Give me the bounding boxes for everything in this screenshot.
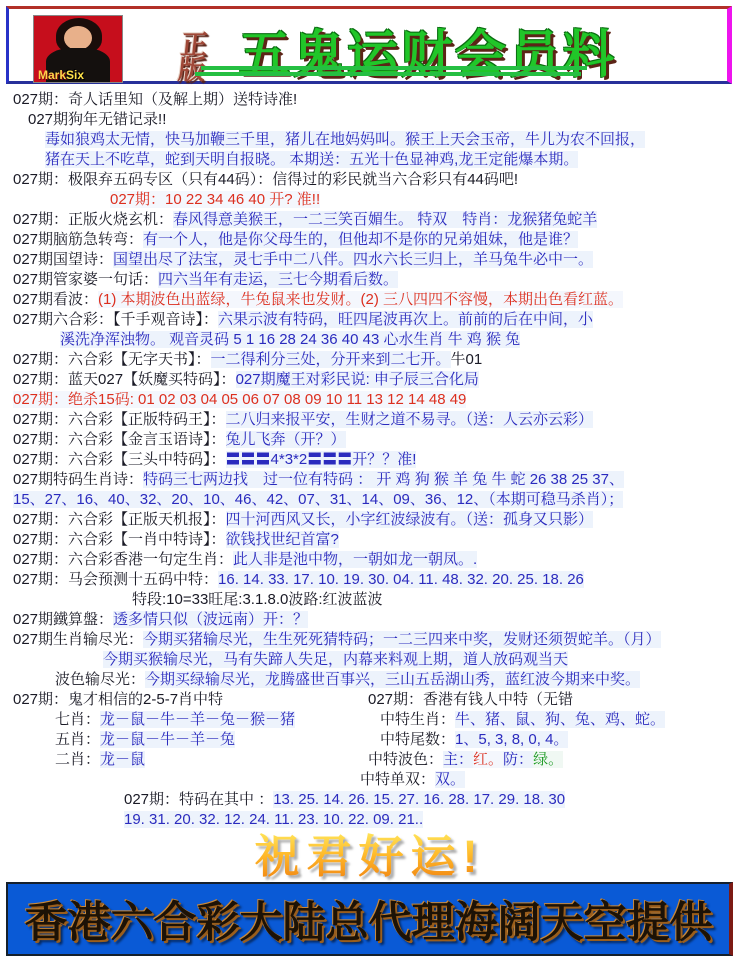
text-line: 027期鐵算盤：透多情只似（波远南）开：？ (0, 610, 739, 630)
text-segment: 027期看波： (13, 291, 98, 308)
text-segment: 中特尾数： (380, 731, 455, 748)
photo-face-shape (64, 26, 92, 50)
text-line: 波色输尽光：今期买绿输尽光，龙腾盛世百事兴，三山五岳湖山秀，蓝红波今期来中奖。 (0, 670, 739, 690)
text-segment: 波色输尽光： (55, 671, 145, 688)
text-segment: 027期特码生肖诗： (13, 471, 143, 488)
right-column-segment: 027期：香港有钱人中特（无错 (368, 690, 573, 710)
text-segment: 027期：鬼才相信的2-5-7肖中特 (13, 691, 223, 708)
text-segment: 春风得意美猴王，一二三笑百媚生。 特双 特肖：龙猴猪兔蛇羊 (173, 211, 597, 228)
title-underline-bottom (195, 72, 581, 76)
provider-banner-text: 香港六合彩大陆总代理海阔天空提供 (25, 889, 713, 950)
text-segment: 龙－鼠－牛－羊－兔－猴－猪 (100, 711, 295, 728)
right-column-segment: 中特尾数：1、5, 3, 8, 0, 4。 (380, 730, 568, 750)
text-line: 027期特码生肖诗：特码三七两边找 过一位有特码 ： 开 鸡 狗 猴 羊 兔 牛… (0, 470, 739, 490)
title-underline-top (201, 66, 587, 70)
text-segment: 国望出尽了法宝，灵七手中二八伴。四水六长三归上，羊马兔牛必中一。 (113, 251, 593, 268)
text-line: 027期管家婆一句话：四六当年有走运，三七今期看后数。 (0, 270, 739, 290)
text-segment: 027期管家婆一句话： (13, 271, 158, 288)
text-line: 中特单双：双。 (0, 770, 739, 790)
text-segment: 027期：马会预测十五码中特： (13, 571, 218, 588)
text-segment: 七肖： (55, 711, 100, 728)
text-line: 027期：正版火烧玄机：春风得意美猴王，一二三笑百媚生。 特双 特肖：龙猴猪兔蛇… (0, 210, 739, 230)
text-line: 今期买猴输尽光，马有失蹄人失足，内幕来料观上期，道人放码观当天 (0, 650, 739, 670)
text-segment: 027期：六合彩【无字天书】： (13, 351, 211, 368)
text-segment: 透多情只似（波远南）开：？ (113, 611, 308, 628)
text-line: 027期：六合彩【正版天机报】：四十河西风又长，小字红波绿波有。（送：孤身又只影… (0, 510, 739, 530)
text-segment: 027期国望诗： (13, 251, 113, 268)
text-segment: 16. 14. 33. 17. 10. 19. 30. 04. 11. 48. … (218, 571, 584, 588)
text-segment: 027期：六合彩【正版特码王】： (13, 411, 226, 428)
text-segment: 今期买绿输尽光，龙腾盛世百事兴，三山五岳湖山秀，蓝红波今期来中奖。 (145, 671, 640, 688)
photo-caption-mark: Mark (38, 68, 66, 82)
text-line: 五肖：龙－鼠－牛－羊－兔中特尾数：1、5, 3, 8, 0, 4。 (0, 730, 739, 750)
text-segment: 牛、猪、鼠、狗、兔、鸡、蛇。 (455, 711, 665, 728)
text-segment: 027期生肖输尽光： (13, 631, 143, 648)
text-segment: 中特波色： (368, 751, 443, 768)
text-segment: 中特生肖： (380, 711, 455, 728)
text-line: 七肖：龙－鼠－牛－羊－兔－猴－猪中特生肖：牛、猪、鼠、狗、兔、鸡、蛇。 (0, 710, 739, 730)
photo-caption-six: Six (66, 68, 84, 82)
provider-banner: 香港六合彩大陆总代理海阔天空提供 (6, 882, 733, 956)
text-line: 027期国望诗：国望出尽了法宝，灵七手中二八伴。四水六长三归上，羊马兔牛必中一。 (0, 250, 739, 270)
text-segment: 027期：蓝天027【妖魔买特码】： (13, 371, 236, 388)
text-segment: 13. 25. 14. 26. 15. 27. 16. 28. 17. 29. … (273, 791, 565, 808)
right-column-segment: 中特生肖：牛、猪、鼠、狗、兔、鸡、蛇。 (380, 710, 665, 730)
text-segment: 一二得利分三处，分开来到二七开。 (211, 351, 451, 368)
text-line: 027期：六合彩【金言玉语诗】：兔儿飞奔（开？） (0, 430, 739, 450)
text-segment: 027期鐵算盤： (13, 611, 113, 628)
text-segment: 027期脑筋急转弯： (13, 231, 143, 248)
text-segment: 027期：正版火烧玄机： (13, 211, 173, 228)
text-segment: 027期：六合彩【三头中特码】： (13, 451, 226, 468)
text-segment: 欲钱找世纪首富? (226, 531, 339, 548)
zhengban-badge-char2: 版 (168, 58, 215, 83)
header-banner: MarkSix 正 版 五鬼运财会员料 (6, 6, 732, 84)
text-segment: 二八归来报平安，生财之道不易寻。（送：人云亦云彩） (226, 411, 594, 428)
text-line: 027期：奇人话里知（及解上期）送特诗准! (0, 90, 739, 110)
text-segment: 四六当年有走运，三七今期看后数。 (158, 271, 398, 288)
text-line: 027期狗年无错记录!! (0, 110, 739, 130)
text-segment: 〓〓〓4*3*2〓〓〓开？？准! (226, 451, 417, 468)
text-segment: 1、5, 3, 8, 0, 4。 (455, 731, 568, 748)
text-segment: 防： (503, 751, 533, 768)
text-segment: 猪在天上不吃草，蛇到天明自报晓。 本期送：五光十色显神鸡,龙王定能爆本期。 (45, 151, 578, 168)
text-segment: 027期：六合彩香港一句定生肖： (13, 551, 233, 568)
text-line: 027期：鬼才相信的2-5-7肖中特027期：香港有钱人中特（无错 (0, 690, 739, 710)
text-line: 027期：六合彩香港一句定生肖：此人非是池中物，一朝如龙一朝凤。. (0, 550, 739, 570)
text-segment: 027期魔王对彩民说: 申子辰三合化局 (236, 371, 479, 388)
good-luck-text: 祝君好运! (0, 820, 739, 885)
text-line: 027期生肖输尽光：今期买猪输尽光，生生死死猜特码；一二三四来中奖，发财还须贺蛇… (0, 630, 739, 650)
text-line: 027期：蓝天027【妖魔买特码】：027期魔王对彩民说: 申子辰三合化局 (0, 370, 739, 390)
text-line: 027期：六合彩【一肖中特诗】：欲钱找世纪首富? (0, 530, 739, 550)
text-segment: 15、27、16、40、32、20、10、46、42、07、31、14、09、3… (13, 491, 623, 508)
woman-photo: MarkSix (33, 15, 123, 83)
text-line: 027期脑筋急转弯：有一个人，他是你父母生的，但他却不是你的兄弟姐妹，他是谁？ (0, 230, 739, 250)
text-segment: 牛01 (451, 351, 483, 368)
text-line: 毒如狼鸡太无情，快马加鞭三千里，猪儿在地妈妈叫。猴王上天会玉帝，牛儿为农不回报， (0, 130, 739, 150)
text-line: 猪在天上不吃草，蛇到天明自报晓。 本期送：五光十色显神鸡,龙王定能爆本期。 (0, 150, 739, 170)
photo-caption: MarkSix (38, 69, 84, 82)
text-line: 二肖：龙－鼠中特波色：主：红。防：绿。 (0, 750, 739, 770)
text-line: 027期：绝杀15码: 01 02 03 04 05 06 07 08 09 1… (0, 390, 739, 410)
right-column-segment: 中特单双：双。 (360, 770, 465, 790)
text-segment: 绿。 (533, 751, 563, 768)
text-segment: 027期：10 22 34 46 40 开? 准!! (110, 191, 320, 208)
text-segment: 龙－鼠－牛－羊－兔 (100, 731, 235, 748)
text-segment: 027期：绝杀15码: 01 02 03 04 05 06 07 08 09 1… (13, 391, 466, 408)
text-line: 027期：六合彩【无字天书】：一二得利分三处，分开来到二七开。牛01 (0, 350, 739, 370)
text-segment: (1) 本期波色出蓝绿，牛兔鼠来也发财。(2) 三八四四不容慢，本期出色看红蓝。 (98, 291, 623, 308)
content-lines: 027期：奇人话里知（及解上期）送特诗准!027期狗年无错记录!!毒如狼鸡太无情… (0, 90, 739, 830)
text-segment: 中特单双： (360, 771, 435, 788)
text-segment: 龙－鼠 (100, 751, 145, 768)
text-segment: 027期狗年无错记录!! (28, 111, 166, 128)
text-segment: 兔儿飞奔（开？） (226, 431, 346, 448)
text-segment: 双。 (435, 771, 465, 788)
text-segment: 027期：特码在其中 ： (124, 791, 273, 808)
text-segment: 有一个人，他是你父母生的，但他却不是你的兄弟姐妹，他是谁？ (143, 231, 578, 248)
text-segment: 毒如狼鸡太无情，快马加鞭三千里，猪儿在地妈妈叫。猴王上天会玉帝，牛儿为农不回报， (45, 131, 645, 148)
text-line: 027期：特码在其中 ：13. 25. 14. 26. 15. 27. 16. … (0, 790, 739, 810)
text-line: 027期看波：(1) 本期波色出蓝绿，牛兔鼠来也发财。(2) 三八四四不容慢，本… (0, 290, 739, 310)
text-segment: 红。 (473, 751, 503, 768)
text-segment: 溪洗净浑浊物。 观音灵码 5 1 16 28 24 36 40 43 心水生肖 … (60, 331, 520, 348)
text-line: 027期：六合彩【正版特码王】：二八归来报平安，生财之道不易寻。（送：人云亦云彩… (0, 410, 739, 430)
text-line: 027期：六合彩【三头中特码】：〓〓〓4*3*2〓〓〓开？？准! (0, 450, 739, 470)
text-segment: 特码三七两边找 过一位有特码 ： 开 鸡 狗 猴 羊 兔 牛 蛇 26 38 2… (143, 471, 624, 488)
text-segment: 027期：六合彩【金言玉语诗】： (13, 431, 226, 448)
text-segment: 五肖： (55, 731, 100, 748)
text-line: 溪洗净浑浊物。 观音灵码 5 1 16 28 24 36 40 43 心水生肖 … (0, 330, 739, 350)
text-segment: 027期：六合彩【一肖中特诗】： (13, 531, 226, 548)
text-line: 15、27、16、40、32、20、10、46、42、07、31、14、09、3… (0, 490, 739, 510)
text-line: 027期：10 22 34 46 40 开? 准!! (0, 190, 739, 210)
text-line: 027期六合彩：【千手观音诗】：六果示波有特码，旺四尾波再次上。前前的后在中间，… (0, 310, 739, 330)
text-segment: 今期买猪输尽光，生生死死猜特码；一二三四来中奖，发财还须贺蛇羊。（月） (143, 631, 661, 648)
text-segment: 027期六合彩：【千手观音诗】： (13, 311, 218, 328)
text-segment: 027期：极限弃五码专区（只有44码）：信得过的彩民就当六合彩只有44码吧! (13, 171, 518, 188)
text-segment: 此人非是池中物，一朝如龙一朝凤。. (233, 551, 477, 568)
text-segment: 027期：香港有钱人中特（无错 (368, 691, 573, 708)
text-line: 027期：极限弃五码专区（只有44码）：信得过的彩民就当六合彩只有44码吧! (0, 170, 739, 190)
text-segment: 四十河西风又长，小字红波绿波有。（送：孤身又只影） (226, 511, 594, 528)
text-segment: 六果示波有特码，旺四尾波再次上。前前的后在中间，小 (218, 311, 593, 328)
text-segment: 027期：六合彩【正版天机报】： (13, 511, 226, 528)
text-segment: 主： (443, 751, 473, 768)
text-segment: 二肖： (55, 751, 100, 768)
text-segment: 特段:10=33旺尾:3.1.8.0波路:红波蓝波 (132, 591, 383, 608)
text-segment: 今期买猴输尽光，马有失蹄人失足，内幕来料观上期，道人放码观当天 (103, 651, 568, 668)
text-line: 027期：马会预测十五码中特：16. 14. 33. 17. 10. 19. 3… (0, 570, 739, 590)
text-line: 特段:10=33旺尾:3.1.8.0波路:红波蓝波 (0, 590, 739, 610)
right-column-segment: 中特波色：主：红。防：绿。 (368, 750, 563, 770)
text-segment: 027期：奇人话里知（及解上期）送特诗准! (13, 91, 297, 108)
